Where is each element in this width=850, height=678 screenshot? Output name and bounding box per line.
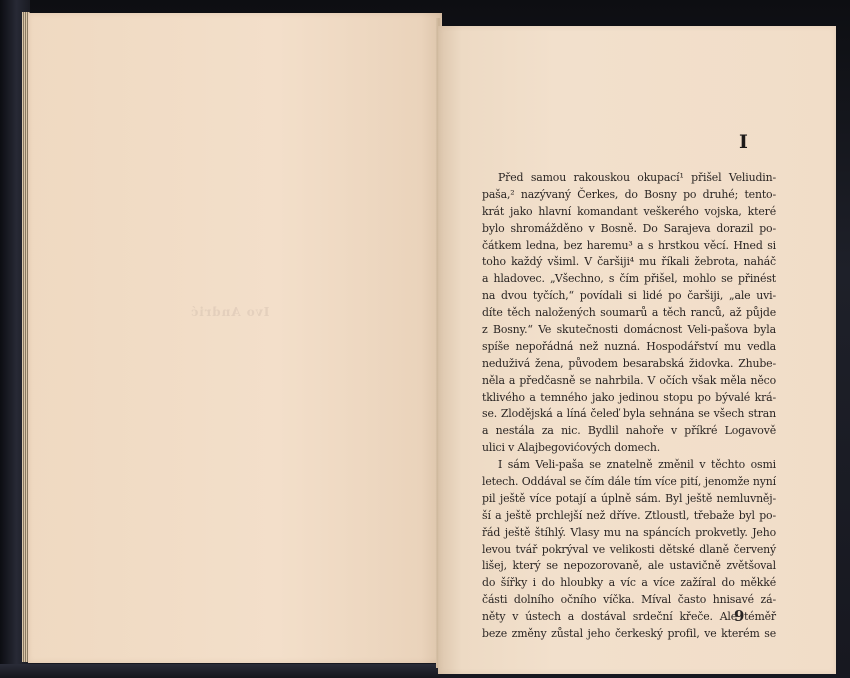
text-line: z Bosny.“ Ve skutečnosti domácnost Veli-… bbox=[482, 322, 776, 339]
body-text: Před samou rakouskou okupací¹ přišel Vel… bbox=[482, 170, 776, 643]
text-line: něla a předčasně se nahrbila. V očích vš… bbox=[482, 373, 776, 390]
text-line: řád ještě štíhlý. Vlasy mu na spáncích p… bbox=[482, 525, 776, 542]
text-line: letech. Oddával se čím dále tím více pit… bbox=[482, 474, 776, 491]
text-line: lišej, který se nepozorovaně, ale ustavi… bbox=[482, 558, 776, 575]
text-line: díte těch naložených soumarů a těch ranc… bbox=[482, 305, 776, 322]
text-line: toho každý všiml. V čaršiji⁴ mu říkali ž… bbox=[482, 254, 776, 271]
text-line: ulici v Alajbegovićových domech. bbox=[482, 440, 776, 457]
chapter-number: I bbox=[739, 131, 748, 153]
text-line: čátkem ledna, bez haremu³ a s hrstkou vě… bbox=[482, 238, 776, 255]
bleed-through-text: Ivo Andrić bbox=[190, 305, 269, 319]
left-page bbox=[28, 13, 442, 663]
text-line: se. Zlodějská a líná čeleď byla sehnána … bbox=[482, 406, 776, 423]
text-line: I sám Veli-paša se znatelně změnil v těc… bbox=[482, 457, 776, 474]
text-line: ší a ještě prchlejší než dříve. Ztloustl… bbox=[482, 508, 776, 525]
text-line: a hladovec. „Všechno, s čím přišel, mohl… bbox=[482, 271, 776, 288]
page-number: 9 bbox=[734, 607, 744, 625]
book-photo: Ivo Andrić I Před samou rakouskou okupac… bbox=[0, 0, 850, 678]
text-line: bylo shromážděno v Bosně. Do Sarajeva do… bbox=[482, 221, 776, 238]
book-cover-bottom-edge bbox=[0, 664, 440, 678]
text-line: a nestála za nic. Bydlil nahoře v příkré… bbox=[482, 423, 776, 440]
text-line: na dvou tyčích,“ povídali si lidé po čar… bbox=[482, 288, 776, 305]
text-line: beze změny zůstal jeho čerkeský profil, … bbox=[482, 626, 776, 643]
text-line: neduživá žena, původem besarabská židovk… bbox=[482, 356, 776, 373]
text-line: Před samou rakouskou okupací¹ přišel Vel… bbox=[482, 170, 776, 187]
text-line: spíše nepořádná než nuzná. Hospodářství … bbox=[482, 339, 776, 356]
text-line: levou tvář pokrýval ve velikosti dětské … bbox=[482, 542, 776, 559]
text-line: krát jako hlavní komandant veškerého voj… bbox=[482, 204, 776, 221]
text-line: do šířky i do hloubky a víc a více zažír… bbox=[482, 575, 776, 592]
text-line: části dolního očního víčka. Míval často … bbox=[482, 592, 776, 609]
text-line: pil ještě více potají a úplně sám. Byl j… bbox=[482, 491, 776, 508]
text-line: něty v ústech a dostával srdeční křeče. … bbox=[482, 609, 776, 626]
text-line: paša,² nazývaný Čerkes, do Bosny po druh… bbox=[482, 187, 776, 204]
text-line: tklivého a temného jako jedinou stopu po… bbox=[482, 390, 776, 407]
